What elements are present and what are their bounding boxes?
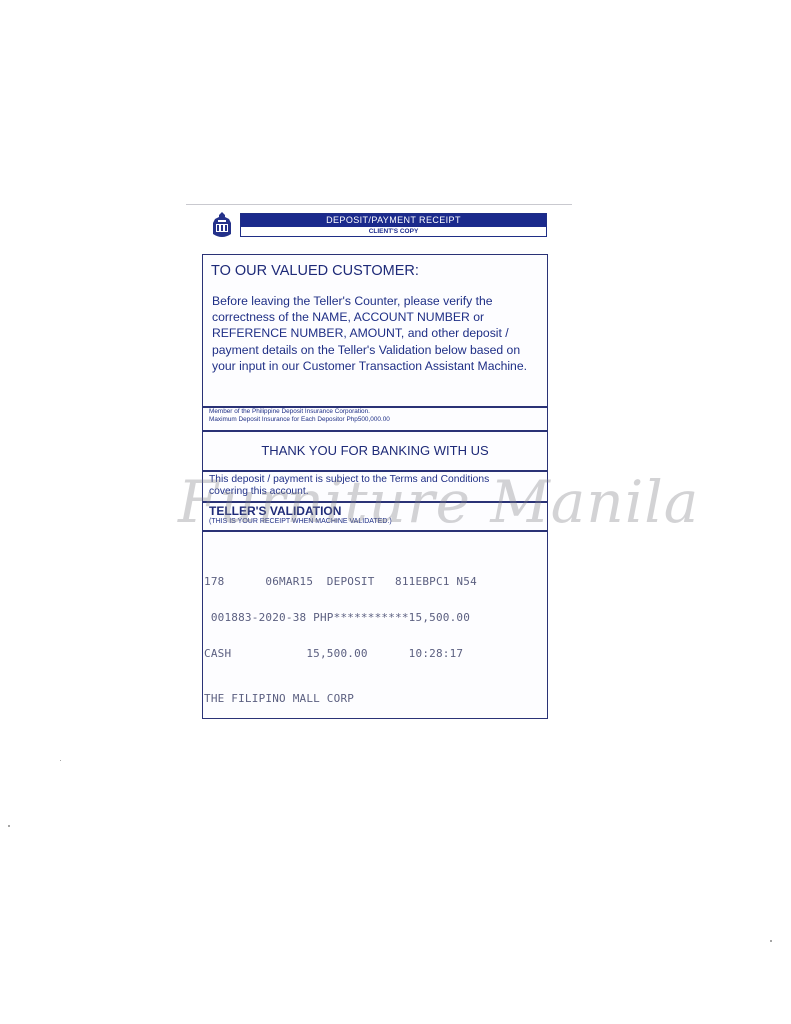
- paper-top-edge: [186, 204, 572, 205]
- teller-validation-subtitle: (THIS IS YOUR RECEIPT WHEN MACHINE VALID…: [209, 518, 392, 525]
- receipt-header-banner: DEPOSIT/PAYMENT RECEIPT CLIENT'S COPY: [240, 213, 547, 237]
- validation-row-2: 001883-2020-38 PHP***********15,500.00: [204, 612, 544, 624]
- divider: [203, 470, 547, 472]
- divider: [203, 501, 547, 503]
- terms-notice: This deposit / payment is subject to the…: [209, 474, 489, 498]
- pdic-line-2: Maximum Deposit Insurance for Each Depos…: [209, 416, 390, 424]
- scan-speck: [8, 825, 10, 827]
- teller-validation-title: TELLER'S VALIDATION: [209, 504, 341, 518]
- notice-heading: TO OUR VALUED CUSTOMER:: [211, 263, 419, 279]
- bank-emblem-icon: [210, 210, 234, 240]
- validation-row-1: 178 06MAR15 DEPOSIT 811EBPC1 N54: [204, 576, 544, 588]
- divider: [203, 530, 547, 532]
- scan-speck: [60, 760, 61, 761]
- terms-line-2: covering this account.: [209, 486, 489, 498]
- receipt-title: DEPOSIT/PAYMENT RECEIPT: [241, 214, 546, 227]
- scan-speck: [770, 940, 772, 942]
- pdic-notice: Member of the Philippine Deposit Insuran…: [209, 408, 390, 424]
- validation-payee: THE FILIPINO MALL CORP: [204, 693, 544, 705]
- machine-validation-print: 178 06MAR15 DEPOSIT 811EBPC1 N54 001883-…: [204, 552, 544, 729]
- thank-you-message: THANK YOU FOR BANKING WITH US: [203, 443, 547, 458]
- receipt-copy-label: CLIENT'S COPY: [241, 227, 546, 236]
- notice-body: Before leaving the Teller's Counter, ple…: [212, 293, 547, 374]
- pdic-line-1: Member of the Philippine Deposit Insuran…: [209, 408, 390, 416]
- terms-line-1: This deposit / payment is subject to the…: [209, 474, 489, 486]
- validation-row-3: CASH 15,500.00 10:28:17: [204, 648, 544, 660]
- divider: [203, 430, 547, 432]
- receipt-body: TO OUR VALUED CUSTOMER: Before leaving t…: [202, 254, 548, 719]
